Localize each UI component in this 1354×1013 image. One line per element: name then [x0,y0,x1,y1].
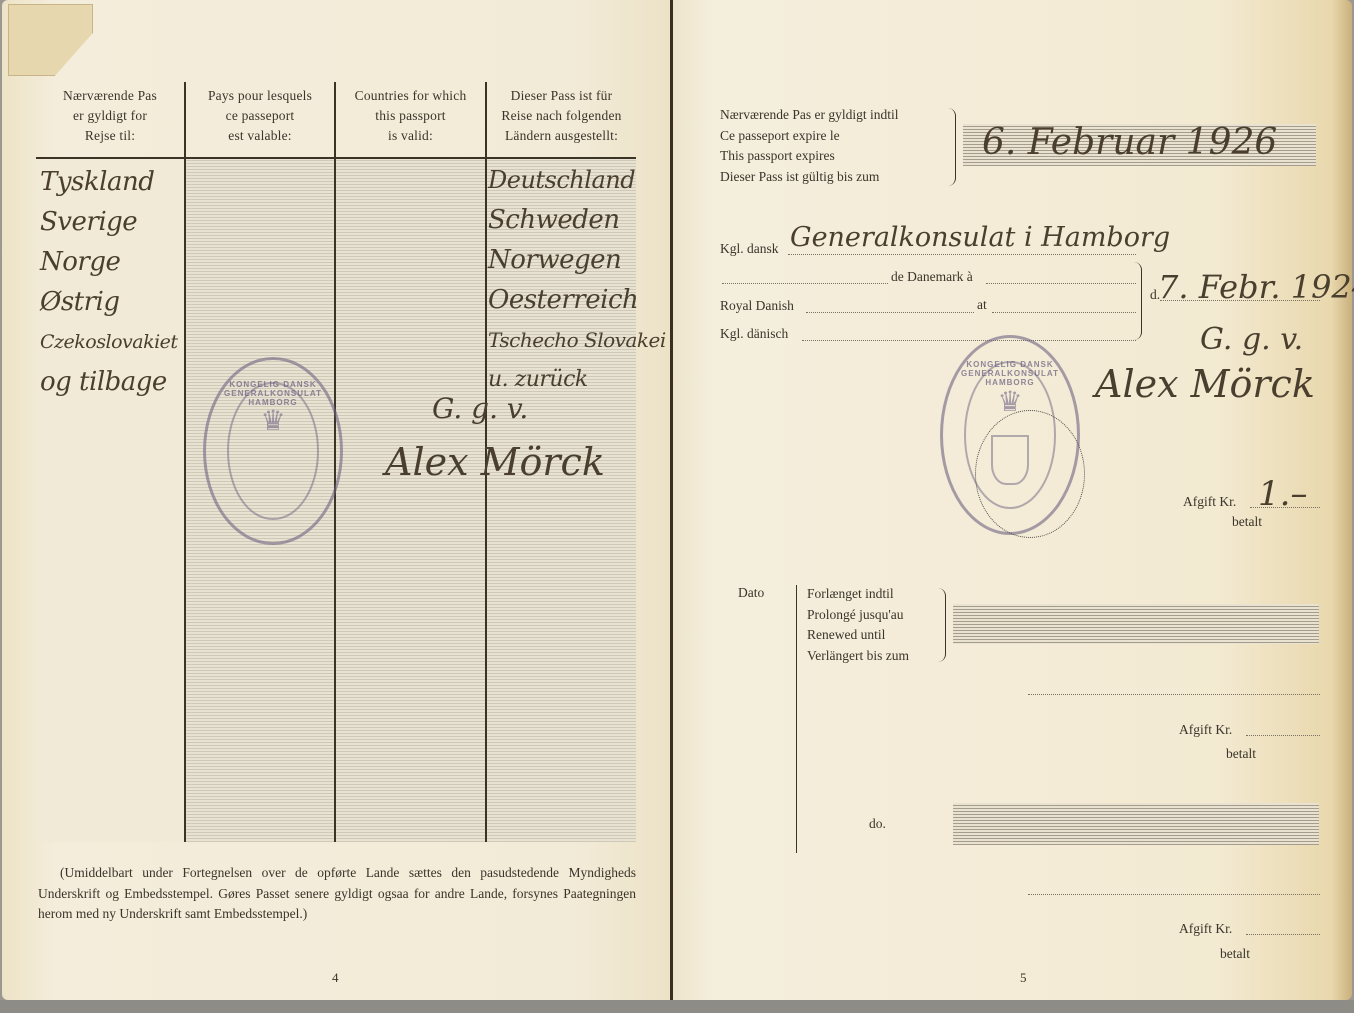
issuer-label-fr: de Danemark à [891,269,973,285]
country-entry: Norge [40,242,178,282]
issuer-at-label: at [977,297,987,313]
dotted-line [1246,735,1320,736]
country-entry: Tyskland [40,162,178,202]
country-entry: Norwegen [488,240,666,280]
stamp-text: KONGELIG DANSK GENERALKONSULAT HAMBORG [943,360,1077,387]
crown-icon: ♛ [260,404,285,438]
dotted-line [788,254,1136,255]
footnote-instructions: (Umiddelbart under Fortegnelsen over de … [38,863,636,925]
header-line: er gyldigt for [36,106,184,126]
expiry-date-handwritten: 6. Februar 1926 [982,122,1277,163]
left-signature-name: Alex Mörck [385,440,605,484]
country-entry: Oesterreich [488,280,666,320]
date-column-label: Dato [738,585,764,601]
column-header-danish: Nærværende Pas er gyldigt for Rejse til: [36,86,184,156]
dotted-circle [975,410,1085,538]
background-strip [0,1000,1354,1013]
page-number-left: 4 [332,970,339,986]
renewal-label-fr: Prolongé jusqu'au [807,605,909,626]
renewal-label-da: Forlænget indtil [807,584,909,605]
dotted-line [806,312,974,313]
country-entry: og tilbage [40,362,178,402]
expiry-label-da: Nærværende Pas er gyldigt indtil [720,105,898,126]
right-signature-name: Alex Mörck [1095,362,1315,406]
paid-label-3: betalt [1220,946,1250,962]
header-line: est valable: [186,126,334,146]
table-header-rule [36,157,636,159]
header-line: is valid: [336,126,485,146]
column-divider [184,82,186,842]
book-gutter [670,0,673,1000]
issue-date-handwritten: 7. Febr. 1924. [1158,268,1354,306]
header-line: Nærværende Pas [36,86,184,106]
handwritten-countries-danish: Tyskland Sverige Norge Østrig Czekoslova… [40,162,178,402]
header-line: Countries for which [336,86,485,106]
dotted-line [986,283,1136,284]
column-header-english: Countries for which this passport is val… [336,86,485,156]
dotted-line [1246,934,1320,935]
header-line: Rejse til: [36,126,184,146]
header-line: Ländern ausgestellt: [487,126,636,146]
issuer-brace [1134,262,1142,340]
renewal-brace [938,588,946,662]
renewal-ruled-field-2 [953,803,1319,845]
paid-label-2: betalt [1226,746,1256,762]
expiry-label-de: Dieser Pass ist gültig bis zum [720,167,898,188]
folded-corner [8,4,93,76]
issuer-label-de: Kgl. dänisch [720,326,788,342]
country-entry: Schweden [488,200,666,240]
fee-label-3: Afgift Kr. [1179,921,1232,937]
renewal-ruled-field-1 [953,604,1319,644]
header-line: ce passeport [186,106,334,126]
column-header-german: Dieser Pass ist für Reise nach folgenden… [487,86,636,156]
right-signature-initials: G. g. v. [1200,322,1303,357]
passport-spread: Nærværende Pas er gyldigt for Rejse til:… [0,0,1354,1000]
country-entry: Deutschland [488,160,666,200]
expiry-brace [948,108,956,186]
column-body [336,158,485,842]
expiry-labels: Nærværende Pas er gyldigt indtil Ce pass… [720,105,898,187]
renewal-divider [796,585,797,853]
issuer-label-da: Kgl. dansk [720,241,779,257]
dotted-line [802,340,1136,341]
paid-label-1: betalt [1232,514,1262,530]
renewal-label-de: Verlängert bis zum [807,646,909,667]
column-header-french: Pays pour lesquels ce passeport est vala… [186,86,334,156]
header-line: Reise nach folgenden [487,106,636,126]
fee-value-handwritten: 1.– [1258,474,1307,514]
country-entry: Tschecho Slovakei [488,320,666,360]
renewal-labels: Forlænget indtil Prolongé jusqu'au Renew… [807,584,909,666]
consulate-stamp-left: KONGELIG DANSK GENERALKONSULAT HAMBORG ♛ [203,357,343,545]
expiry-label-en: This passport expires [720,146,898,167]
renewal-label-en: Renewed until [807,625,909,646]
left-signature-initials: G. g. v. [432,392,528,425]
fee-label-1: Afgift Kr. [1183,494,1236,510]
header-line: this passport [336,106,485,126]
handwritten-countries-german: Deutschland Schweden Norwegen Oesterreic… [488,160,666,400]
ditto-label: do. [869,816,886,832]
dotted-line [1028,894,1320,895]
country-entry: Czekoslovakiet [40,322,178,362]
issuer-handwritten: Generalkonsulat i Hamborg [790,222,1170,253]
expiry-label-fr: Ce passeport expire le [720,126,898,147]
dotted-line [1028,694,1320,695]
issuer-label-en: Royal Danish [720,298,794,314]
page-number-right: 5 [1020,970,1027,986]
header-line: Dieser Pass ist für [487,86,636,106]
country-entry: Østrig [40,282,178,322]
country-entry: Sverige [40,202,178,242]
header-line: Pays pour lesquels [186,86,334,106]
fee-label-2: Afgift Kr. [1179,722,1232,738]
dotted-line [992,312,1136,313]
dotted-line [722,283,888,284]
